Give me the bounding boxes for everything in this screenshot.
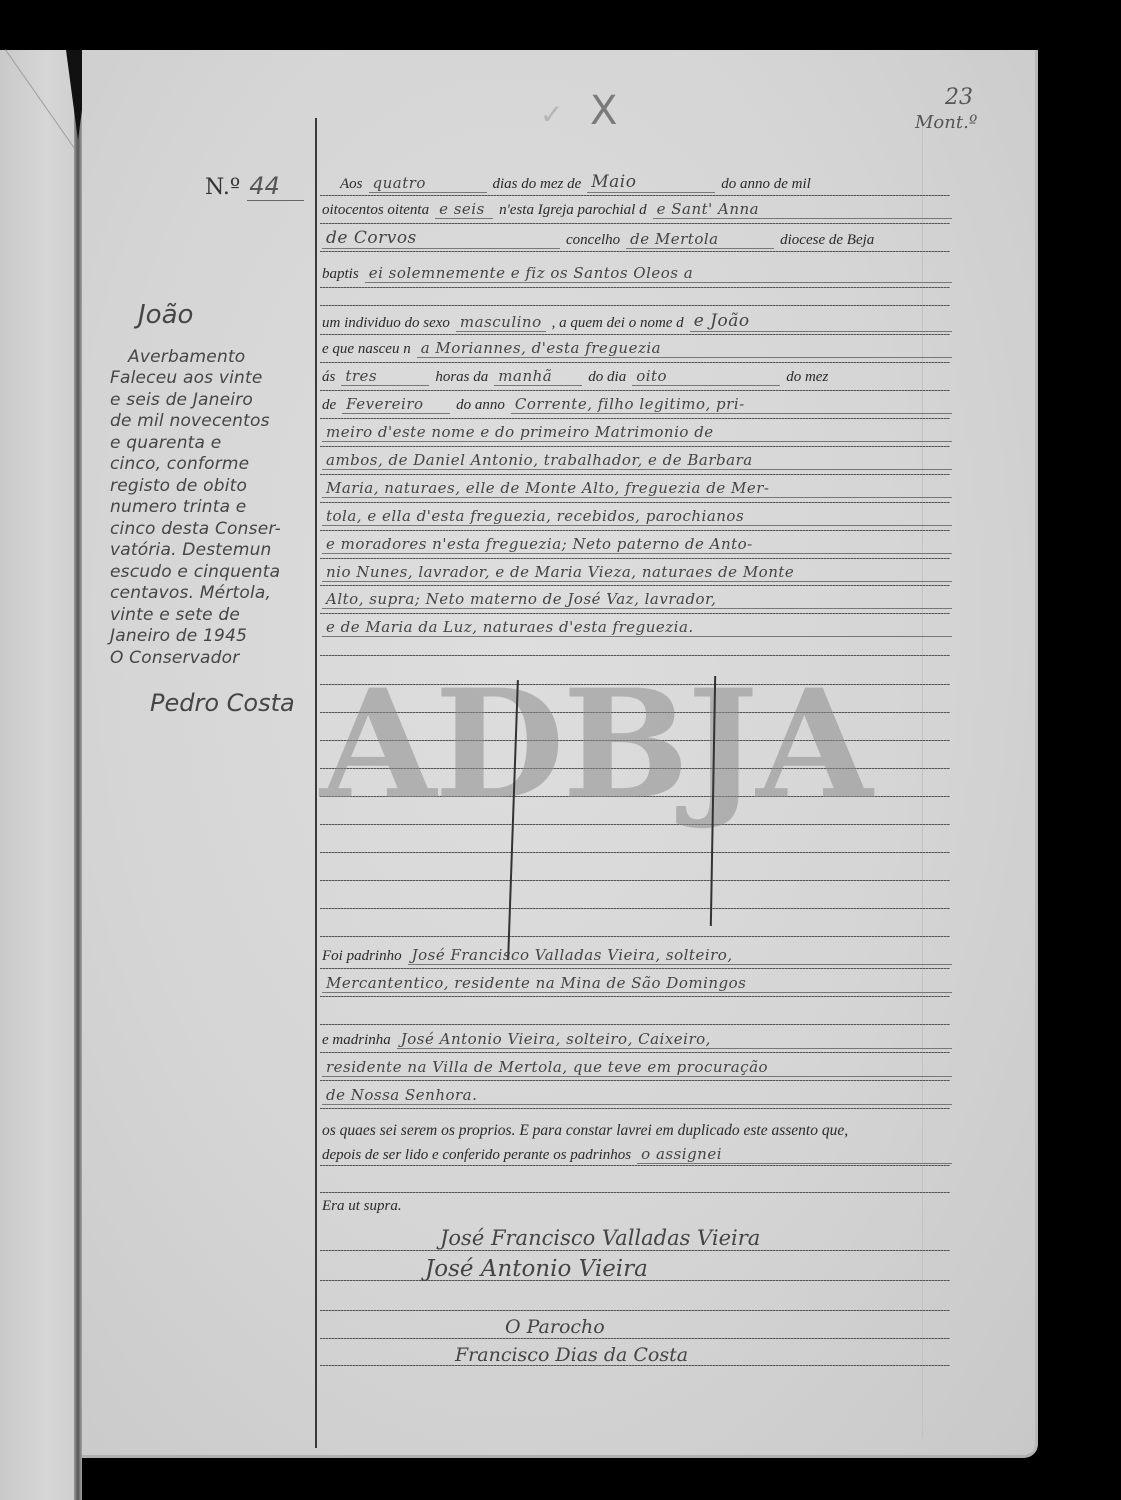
era-ut-supra: Era ut supra. [322, 1198, 952, 1215]
ruled-line [320, 1024, 950, 1025]
body-line: e moradores n'esta freguezia; Neto pater… [322, 535, 952, 554]
ruled-line [320, 530, 950, 531]
birthplace-value: a Moriannes, d'esta freguezia [417, 339, 952, 358]
entry-number: N.º 44 [205, 172, 304, 200]
ruled-line [320, 655, 950, 656]
godfather-value: José Francisco Valladas Vieira, solteiro… [408, 946, 952, 965]
folio-number: 23 [945, 85, 973, 110]
ruled-line [320, 446, 950, 447]
church-value: e Sant' Anna [653, 200, 952, 219]
ruled-line [320, 1080, 950, 1081]
entry-row-birth-time: ás tres horas da manhã do dia oito do me… [322, 367, 952, 386]
ruled-line [320, 936, 950, 937]
body-line: Alto, supra; Neto materno de José Vaz, l… [322, 590, 952, 609]
godfather-row-2: Mercantentico, residente na Mina de São … [322, 974, 952, 993]
ruled-line [320, 880, 950, 881]
ruled-line [320, 223, 950, 224]
child-name-value: e João [690, 311, 952, 332]
godfather-value-2: Mercantentico, residente na Mina de São … [322, 974, 952, 993]
body-line: tola, e ella d'esta freguezia, recebidos… [322, 507, 952, 526]
ruled-line [320, 613, 950, 614]
godmother-value-3: de Nossa Senhora. [322, 1086, 952, 1105]
parish-value: de Corvos [322, 228, 560, 249]
godfather-label: Foi padrinho [322, 948, 402, 965]
ruled-line [320, 968, 950, 969]
signature-godmother: José Antonio Vieira [425, 1256, 648, 1282]
entry-row-baptism: baptis ei solemnemente e fiz os Santos O… [322, 264, 952, 283]
signature-godfather: José Francisco Valladas Vieira [440, 1226, 760, 1250]
birth-day-value: oito [632, 367, 780, 386]
godmother-row-2: residente na Villa de Mertola, que teve … [322, 1058, 952, 1077]
ruled-line [320, 390, 950, 391]
time-of-day-value: manhã [494, 367, 582, 386]
signed-value: o assignei [637, 1145, 952, 1164]
conservator-signature: Pedro Costa [150, 693, 315, 715]
faint-check-mark: ✓ [540, 98, 563, 131]
entry-row-birth-month: de Fevereiro do anno Corrente, filho leg… [322, 395, 952, 414]
body-line: e de Maria da Luz, naturaes d'esta fregu… [322, 618, 952, 637]
closing-line-1: os quaes sei serem os proprios. E para c… [322, 1122, 952, 1140]
baptism-text: ei solemnemente e fiz os Santos Oleos a [365, 264, 952, 283]
sex-value: masculino [456, 313, 546, 332]
ruled-line [320, 195, 950, 196]
entry-row-sex-name: um individuo do sexo masculino , a quem … [322, 311, 952, 332]
entry-row-year-church: oitocentos oitenta e seis n'esta Igreja … [322, 200, 952, 219]
archive-watermark: ADBJA [320, 670, 871, 820]
ruled-line [320, 1250, 950, 1251]
entry-row-place: de Corvos concelho de Mertola diocese de… [322, 228, 952, 249]
ruled-line [320, 287, 950, 288]
closing-line-2: depois de ser lido e conferido perante o… [322, 1145, 952, 1164]
margin-annotation: João Averbamento Faleceu aos vinte e sei… [110, 305, 315, 715]
ruled-line [320, 852, 950, 853]
godmother-label: e madrinha [322, 1032, 391, 1049]
ruled-line [320, 418, 950, 419]
ruled-line [320, 362, 950, 363]
year-suffix-value: e seis [435, 200, 493, 219]
facing-page-edge [0, 50, 78, 1500]
body-line: nio Nunes, lavrador, e de Maria Vieza, n… [322, 563, 952, 582]
ruled-line [320, 558, 950, 559]
body-line: meiro d'este nome e do primeiro Matrimon… [322, 423, 952, 442]
ruled-line [320, 1310, 950, 1311]
ruled-line [320, 334, 950, 335]
entry-row-date: Aos quatro dias do mez de Maio do anno d… [340, 172, 950, 193]
godmother-value: José Antonio Vieira, solteiro, Caixeiro, [397, 1030, 952, 1049]
body-line: ambos, de Daniel Antonio, trabalhador, e… [322, 451, 952, 470]
ruled-line [320, 908, 950, 909]
month-value: Maio [587, 172, 715, 193]
entry-row-birthplace: e que nasceu n a Moriannes, d'esta fregu… [322, 339, 952, 358]
ruled-line [320, 251, 950, 252]
godmother-value-2: residente na Villa de Mertola, que teve … [322, 1058, 952, 1077]
folio-note: Mont.º [915, 112, 977, 133]
ruled-line [320, 585, 950, 586]
entry-number-label: N.º [205, 175, 240, 200]
ruled-line [320, 502, 950, 503]
birth-month-value: Fevereiro [342, 395, 450, 414]
entry-number-value: 44 [247, 172, 304, 201]
godfather-row: Foi padrinho José Francisco Valladas Vie… [322, 946, 952, 965]
ruled-line [320, 1192, 950, 1193]
ruled-line [320, 474, 950, 475]
signature-title-parish-priest: O Parocho [505, 1316, 605, 1338]
birth-year-value: Corrente, filho legitimo, pri- [511, 395, 952, 414]
ruled-line [320, 1338, 950, 1339]
body-line: Maria, naturaes, elle de Monte Alto, fre… [322, 479, 952, 498]
ruled-line [320, 1052, 950, 1053]
ruled-line [320, 1165, 950, 1166]
godmother-row-3: de Nossa Senhora. [322, 1086, 952, 1105]
ruled-line [320, 305, 950, 306]
margin-rule [315, 118, 317, 1448]
hour-value: tres [341, 367, 429, 386]
margin-child-name: João [138, 305, 315, 327]
corner-x-mark: X [590, 88, 617, 134]
ruled-line [320, 1108, 950, 1109]
signature-parish-priest: Francisco Dias da Costa [455, 1344, 688, 1366]
book-gutter [74, 50, 82, 1500]
ruled-line [320, 996, 950, 997]
day-value: quatro [369, 174, 487, 193]
municipality-value: de Mertola [626, 230, 774, 249]
godmother-row: e madrinha José Antonio Vieira, solteiro… [322, 1030, 952, 1049]
